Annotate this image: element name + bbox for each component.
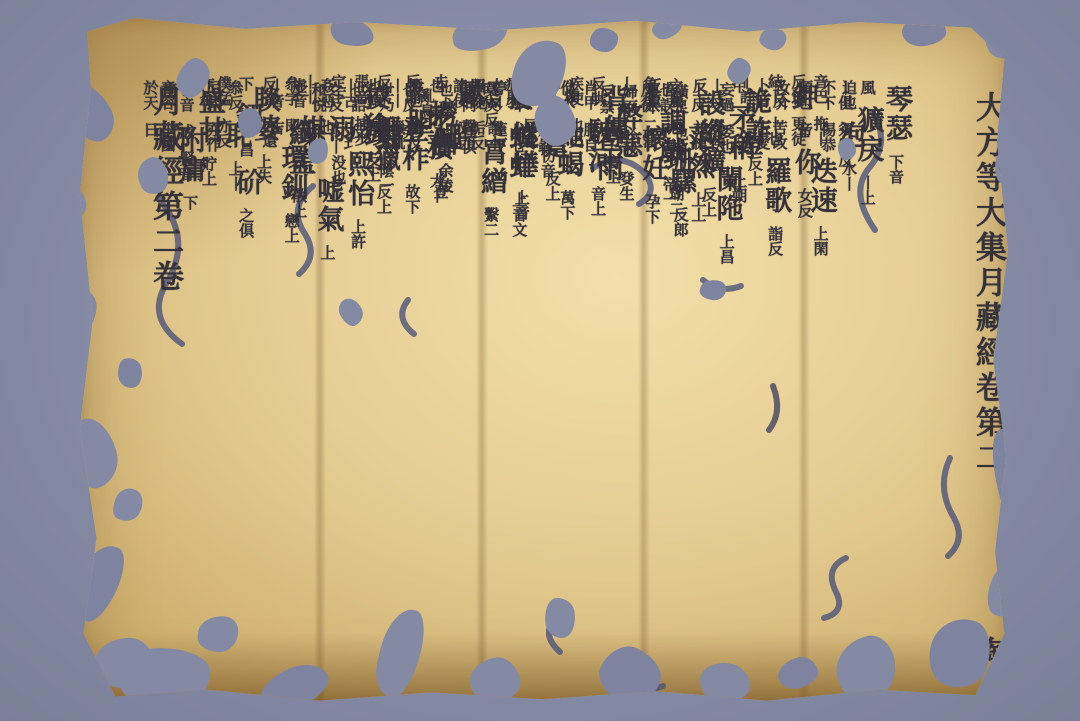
damage-hole	[197, 614, 240, 653]
text-column: 煙 起蚤㣼音 丨早蚊虻上音文 莫庚反罥繒繫二 也同挂俱 也犬蠅余陵 反胆	[533, 82, 579, 237]
text-column: 背僂音丄 肖甲胛自 佝水虵蝎萬下 許讙尾蟲 也反燧燁上音 停丨薘下 作必	[581, 80, 627, 220]
text-column: 亂鳥 也反弄丅 世乃翳隂一 也詰反熙怡上許 之反丨丨 和悦下余 之	[389, 82, 435, 249]
headword: 背僂	[598, 85, 629, 143]
headword: 設縱獷	[694, 89, 725, 176]
text-column: 盛甘貯上 也音成賢音 南	[177, 82, 223, 186]
damage-hole	[61, 413, 125, 493]
gloss-annotation: 亂鳥 也反	[401, 82, 436, 118]
text-column: 睒婆上失 叅反毦上丨 尼式亦作 失附庸下 音容小國 於天日	[232, 80, 278, 210]
headword: 睒婆	[249, 85, 280, 143]
paper: 大方等大集月藏經卷第二陶琴瑟下音 風獷戾丨上 丨俱須頌反 不下㑥恭 順也帝你女反…	[78, 18, 1008, 702]
text-column: 狡獪反上 丨古丨𤣩 姦惡也嘘氣上 虚音纖盖散上 丨音吉	[341, 78, 387, 260]
damage-hole	[757, 25, 788, 54]
damage-hole	[901, 14, 948, 48]
headword: 泡	[834, 121, 865, 150]
headword: 鉀	[787, 83, 818, 112]
headword: 環釧	[277, 144, 308, 202]
damage-hole	[328, 16, 376, 51]
headword: 大方等大集月藏經卷第二	[970, 91, 1006, 476]
text-column: 迫也泡水丨 音巴拖丨迭速上閑 反迏更徒 結丨丨也羅歌詣反 丨許鎧	[817, 74, 863, 256]
damage-hole	[699, 278, 728, 302]
headword: 狡獪	[358, 83, 389, 141]
damage-hole	[591, 637, 669, 713]
text-column: 詭詐反上 妄過委也闌陁上昌 丨反范然上丄 音調戲帝一 反徒	[725, 82, 769, 264]
damage-hole	[59, 286, 98, 336]
gloss-annotation: 迫也	[840, 80, 858, 110]
damage-hole	[976, 6, 1038, 67]
damage-hole	[255, 655, 335, 720]
headword: 詭詐	[740, 87, 771, 145]
column-gap	[987, 481, 989, 631]
headword: 陶	[970, 636, 1006, 671]
paper-edge-shading	[78, 632, 1008, 702]
text-column: 歐聲下 去撈伽上登 反即登柞故下 反又㭨獵反上 張音捕步 定下溺没也 丨丨娸	[437, 74, 483, 214]
column-gap	[326, 141, 328, 171]
manuscript-photo: { "photo": { "backdrop_color": "#868ba6"…	[0, 0, 1080, 721]
damage-hole	[466, 654, 523, 707]
damage-hole	[116, 356, 144, 389]
damage-hole	[543, 597, 576, 639]
headword: 琴瑟	[881, 85, 912, 143]
damage-hole	[58, 77, 123, 149]
headword: 月藏經第二卷	[147, 85, 183, 295]
damage-hole	[65, 538, 131, 627]
damage-hole	[55, 184, 91, 222]
damage-hole	[108, 483, 149, 526]
gloss-annotation: 丨丨	[306, 82, 324, 112]
damage-hole	[335, 294, 368, 329]
headword: 毦	[221, 121, 252, 150]
damage-hole	[119, 647, 210, 709]
headword: 接	[502, 83, 533, 112]
damage-hole	[774, 653, 821, 694]
gloss-annotation: 即	[283, 118, 301, 133]
text-column: 月藏經第二卷	[127, 80, 181, 300]
headword: 蚤	[533, 108, 564, 137]
gloss-annotation: 煙 起	[539, 82, 580, 103]
damage-hole	[449, 11, 510, 55]
gloss-annotation: 也誤 角反	[641, 76, 676, 112]
text-column: 丨丨丨限 叅字即環釧戀上 反音亦還 下釖昌砎之倶 僕猛亦反 作金	[277, 76, 323, 243]
damage-hole	[370, 605, 429, 702]
text-column: 琴瑟下音 風獷戾丨上 丨俱須頌反 不下㑥恭 順也帝你女反 汝介	[862, 80, 910, 218]
damage-hole	[589, 27, 618, 52]
text-column: 也誤 角反二蒲 丄弊惡癹生 反哄駛河音上 疾使也史 二跛躄反上 必腳屈我 病尿	[629, 76, 675, 216]
text-column: 設縱獷反上 橫足也容騾反郎 果木懷妊孕下 婦而必我 反禁雹雨	[677, 84, 723, 237]
damage-hole	[828, 630, 904, 706]
text-column: 鉀上 二反苦改 卜音告愛 甲矛稍上朔 丨反莫侯 反下並槍 之屬也珊瑚二 反簄	[770, 78, 816, 216]
damage-hole	[699, 661, 752, 704]
headword: 盛甘	[194, 87, 225, 145]
photo-backdrop: 大方等大集月藏經卷第二陶琴瑟下音 風獷戾丨上 丨俱須頌反 不下㑥恭 順也帝你女反…	[0, 0, 1080, 721]
text-column: 接上七 丈反謂丨 胆徐姤反 諂佞奴定 也矛䂎大丨 撍也篅反 丨丨獵飢 也轅鼓	[485, 78, 531, 203]
damage-hole	[94, 637, 156, 689]
text-column: 大方等大集月藏經卷第二陶	[948, 86, 1004, 676]
damage-hole	[649, 13, 684, 42]
headword: 歐	[454, 79, 485, 108]
